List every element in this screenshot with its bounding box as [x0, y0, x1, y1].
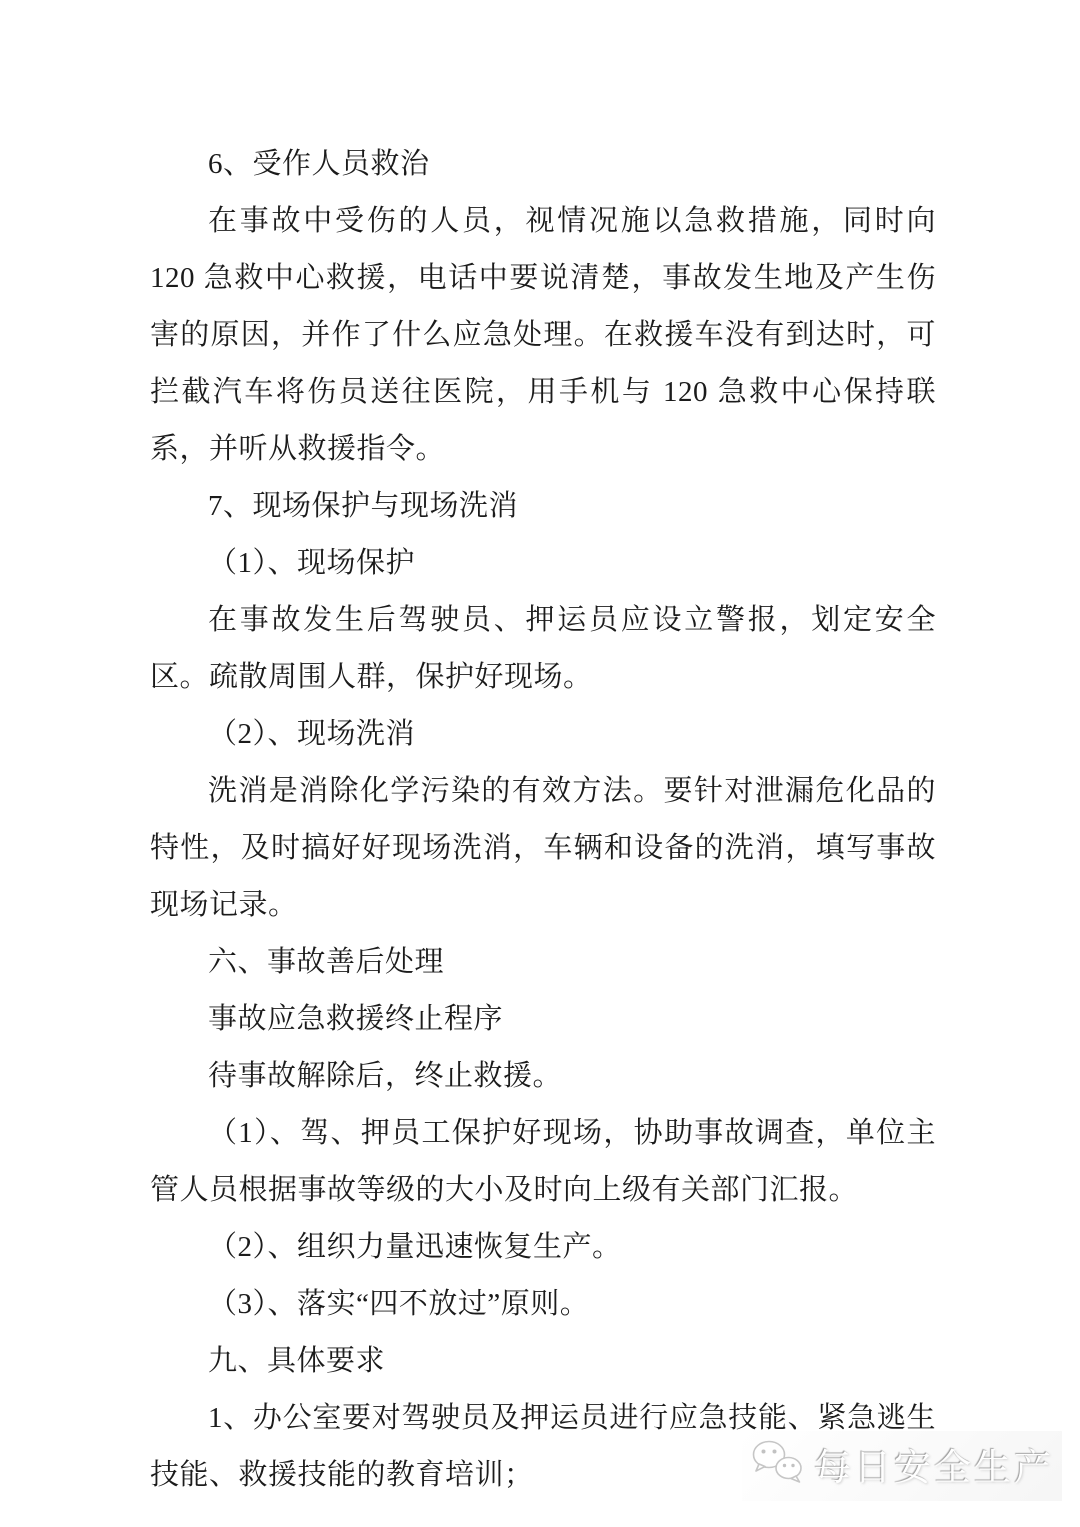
document-body: 6、受作人员救治在事故中受伤的人员，视情况施以急救措施，同时向 120 急救中心… — [150, 136, 936, 1504]
document-page: 6、受作人员救治在事故中受伤的人员，视情况施以急救措施，同时向 120 急救中心… — [0, 0, 1080, 1527]
paragraph: 在事故发生后驾驶员、押运员应设立警报，划定安全区。疏散周围人群，保护好现场。 — [150, 592, 936, 706]
paragraph: 九、具体要求 — [150, 1333, 936, 1390]
paragraph: 在事故中受伤的人员，视情况施以急救措施，同时向 120 急救中心救援，电话中要说… — [150, 193, 936, 478]
paragraph: （1）、驾、押员工保护好现场，协助事故调查，单位主管人员根据事故等级的大小及时向… — [150, 1105, 936, 1219]
paragraph: 洗消是消除化学污染的有效方法。要针对泄漏危化品的特性，及时搞好好现场洗消，车辆和… — [150, 763, 936, 934]
paragraph: （3）、落实“四不放过”原则。 — [150, 1276, 936, 1333]
paragraph: （2）、现场洗消 — [150, 706, 936, 763]
wechat-icon — [750, 1438, 806, 1491]
paragraph: 六、事故善后处理 — [150, 934, 936, 991]
paragraph: 7、现场保护与现场洗消 — [150, 478, 936, 535]
paragraph: （2）、组织力量迅速恢复生产。 — [150, 1219, 936, 1276]
paragraph: （1）、现场保护 — [150, 535, 936, 592]
paragraph: 待事故解除后，终止救援。 — [150, 1048, 936, 1105]
watermark-label: 每日安全生产 — [814, 1437, 1054, 1491]
paragraph: 事故应急救援终止程序 — [150, 991, 936, 1048]
paragraph: 6、受作人员救治 — [150, 136, 936, 193]
watermark: 每日安全生产 — [742, 1431, 1062, 1501]
